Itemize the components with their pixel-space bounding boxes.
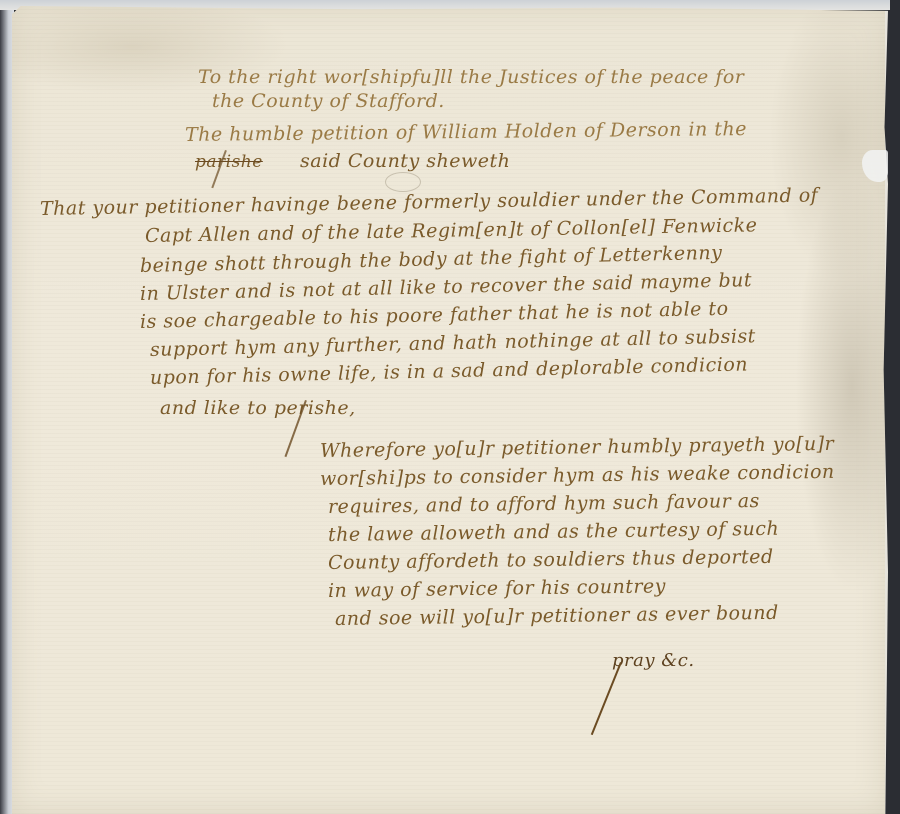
address-line-1: To the right wor[shipfu]ll the Justices … (198, 66, 744, 88)
struck-word: parishe (195, 152, 263, 172)
prayer-line-6: in way of service for his countrey (328, 575, 666, 602)
ink-blot (385, 172, 421, 192)
petition-title-line-2: said County sheweth (300, 150, 510, 172)
mount-edge-left (0, 0, 14, 814)
document-viewer: To the right wor[shipfu]ll the Justices … (0, 0, 900, 814)
closing-text: pray &c. (612, 650, 695, 671)
address-line-2: the County of Stafford. (212, 90, 445, 112)
body-line-8: and like to perishe, (160, 397, 356, 419)
